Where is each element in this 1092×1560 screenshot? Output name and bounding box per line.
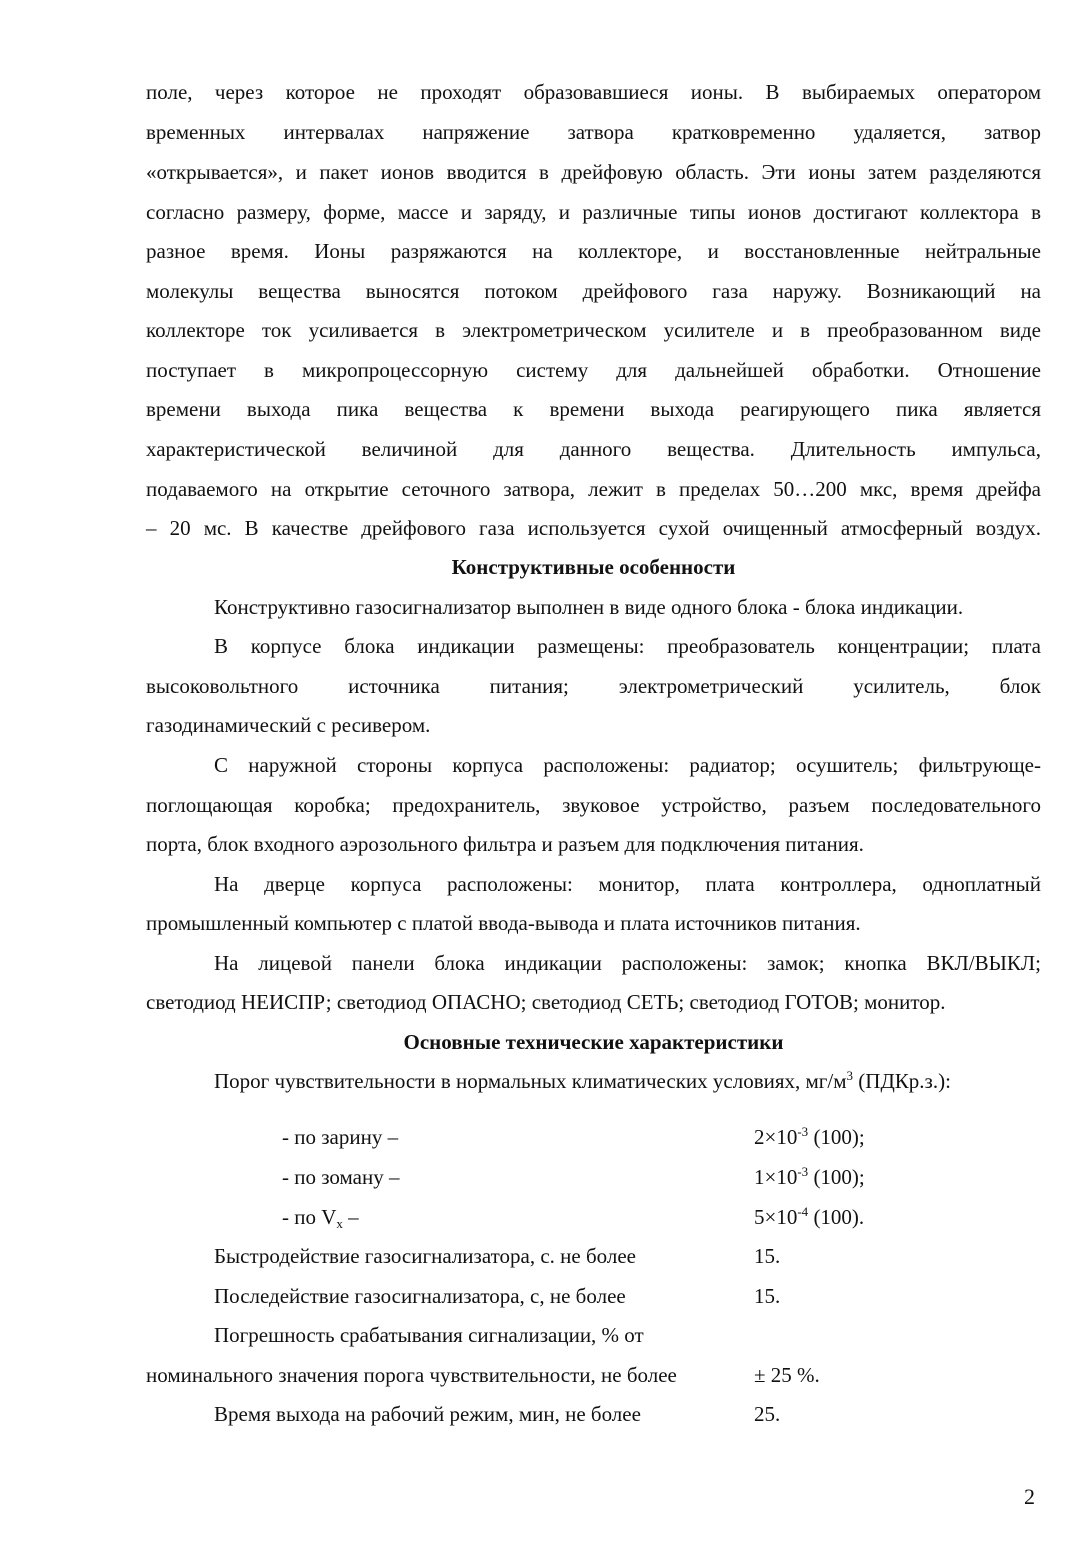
design-paragraph-1: Конструктивно газосигнализатор выполнен …	[146, 587, 1041, 627]
body-line: молекулы вещества выносятся потоком дрей…	[146, 271, 1041, 311]
design-paragraph-5-line: На лицевой панели блока индикации распол…	[146, 943, 1041, 983]
threshold-intro: Порог чувствительности в нормальных клим…	[146, 1061, 1041, 1101]
body-line: «открывается», и пакет ионов вводится в …	[146, 152, 1041, 192]
section-heading-design: Конструктивные особенности	[146, 547, 1041, 587]
design-paragraph-5-line: светодиод НЕИСПР; светодиод ОПАСНО; свет…	[146, 982, 1041, 1022]
design-paragraph-2-line: В корпусе блока индикации размещены: пре…	[146, 626, 1041, 666]
param-label-error-line1: Погрешность срабатывания сигнализации, %…	[214, 1315, 644, 1355]
param-label-error-line2: номинального значения порога чувствитель…	[146, 1355, 677, 1395]
threshold-value-soman: 1×10-3 (100);	[754, 1157, 865, 1197]
param-label-response-time: Быстродействие газосигнализатора, с. не …	[214, 1236, 636, 1276]
design-paragraph-3-line: С наружной стороны корпуса расположены: …	[146, 745, 1041, 785]
design-paragraph-3-line: поглощающая коробка; предохранитель, зву…	[146, 785, 1041, 825]
body-line: характеристической величиной для данного…	[146, 429, 1041, 469]
body-line: поступает в микропроцессорную систему дл…	[146, 350, 1041, 390]
design-paragraph-4-line: промышленный компьютер с платой ввода-вы…	[146, 903, 1041, 943]
param-label-warmup-time: Время выхода на рабочий режим, мин, не б…	[214, 1394, 641, 1434]
body-line: времени выхода пика вещества к времени в…	[146, 389, 1041, 429]
design-paragraph-3-line: порта, блок входного аэрозольного фильтр…	[146, 824, 1041, 864]
body-line: коллекторе ток усиливается в электрометр…	[146, 310, 1041, 350]
body-line: согласно размеру, форме, массе и заряду,…	[146, 192, 1041, 232]
design-paragraph-4-line: На дверце корпуса расположены: монитор, …	[146, 864, 1041, 904]
threshold-label-vx: - по Vx –	[282, 1197, 359, 1237]
body-line: – 20 мс. В качестве дрейфового газа испо…	[146, 508, 1041, 548]
page-number: 2	[1024, 1482, 1035, 1512]
threshold-value-sarin: 2×10-3 (100);	[754, 1117, 865, 1157]
section-heading-specs: Основные технические характеристики	[146, 1022, 1041, 1062]
body-line: поле, через которое не проходят образова…	[146, 72, 1041, 112]
threshold-value-vx: 5×10-4 (100).	[754, 1197, 864, 1237]
param-value-warmup-time: 25.	[754, 1394, 780, 1434]
body-line: разное время. Ионы разряжаются на коллек…	[146, 231, 1041, 271]
design-paragraph-2-line: высоковольтного источника питания; элект…	[146, 666, 1041, 706]
threshold-label-soman: - по зоману –	[282, 1157, 399, 1197]
param-value-aftereffect: 15.	[754, 1276, 780, 1316]
body-line: подаваемого на открытие сеточного затвор…	[146, 469, 1041, 509]
param-label-aftereffect: Последействие газосигнализатора, с, не б…	[214, 1276, 626, 1316]
param-value-error: ± 25 %.	[754, 1355, 820, 1395]
body-line: временных интервалах напряжение затвора …	[146, 112, 1041, 152]
threshold-label-sarin: - по зарину –	[282, 1117, 398, 1157]
design-paragraph-2-line: газодинамический с ресивером.	[146, 705, 1041, 745]
param-value-response-time: 15.	[754, 1236, 780, 1276]
